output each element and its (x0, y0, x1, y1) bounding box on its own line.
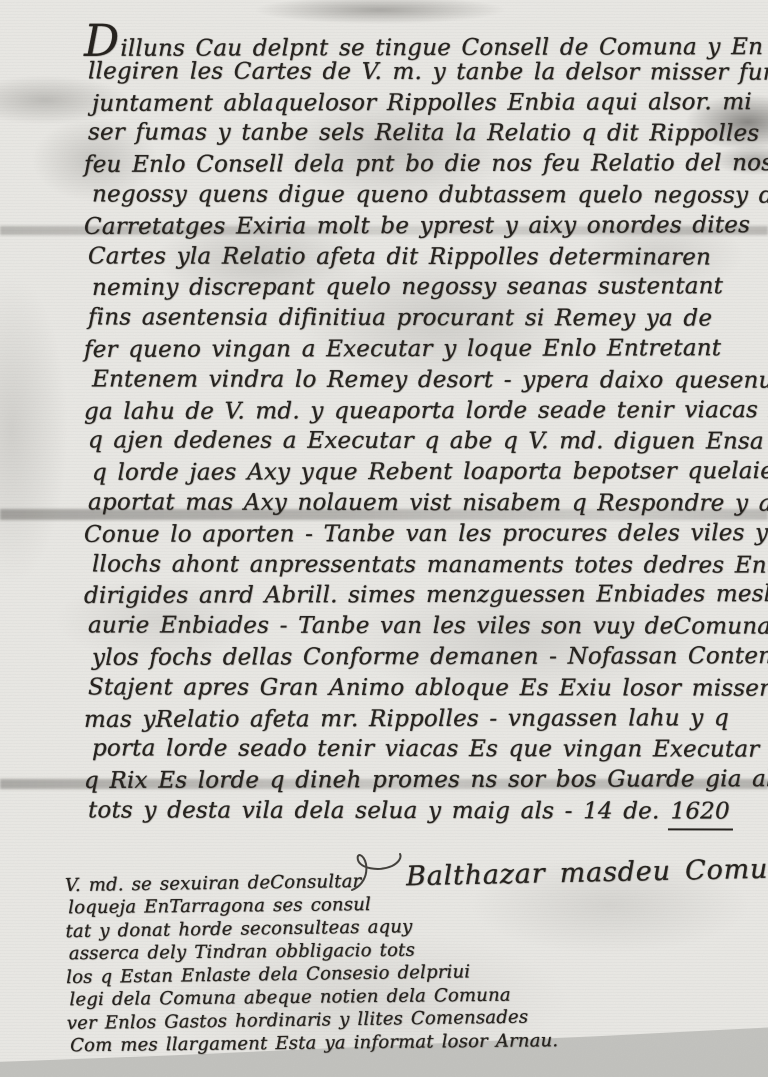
manuscript-line: ylos fochs dellas Conforme demanen - Nof… (84, 641, 756, 674)
manuscript-line: llegiren les Cartes de V. m. y tanbe la … (84, 56, 756, 88)
manuscript-line: neminy discrepant quelo negossy seanas s… (84, 271, 756, 304)
manuscript-line: negossy quens digue queno dubtassem quel… (84, 179, 756, 211)
manuscript-line: Dilluns Cau delpnt se tingue Consell de … (84, 25, 756, 58)
manuscript-line: ga lahu de V. md. y queaporta lorde sead… (84, 395, 756, 428)
postscript-line: asserca dely Tindran obbligacio tots (66, 938, 506, 966)
date-line-text: tots y desta vila dela selua y maig als … (88, 797, 660, 824)
date-year-underlined: 1620 (667, 796, 732, 830)
postscript-block: V. md. se sexuiran deConsultar loqueja E… (65, 868, 508, 1058)
manuscript-line: porta lorde seado tenir viacas Es que vi… (84, 734, 756, 766)
manuscript-line: Cartes yla Relatio afeta dit Rippolles d… (84, 241, 756, 273)
manuscript-line: q ajen dedenes a Executar q abe q V. md.… (84, 426, 756, 458)
postscript-line: Com mes llargament Esta ya informat loso… (67, 1030, 507, 1058)
manuscript-line: Stajent apres Gran Animo abloque Es Exiu… (84, 672, 756, 704)
manuscript-line: q Rix Es lorde q dineh promes ns sor bos… (84, 764, 756, 797)
manuscript-line: Entenem vindra lo Remey desort - ypera d… (84, 364, 756, 396)
manuscript-line: feu Enlo Consell dela pnt bo die nos feu… (84, 148, 756, 181)
manuscript-line: llochs ahont anpressentats manaments tot… (84, 549, 756, 581)
manuscript-line: ser fumas y tanbe sels Relita la Relatio… (84, 118, 756, 150)
manuscript-line: aurie Enbiades - Tanbe van les viles son… (84, 611, 756, 643)
manuscript-line: Conue lo aporten - Tanbe van les procure… (84, 518, 756, 551)
manuscript-line: aportat mas Axy nolauem vist nisabem q R… (84, 487, 756, 519)
manuscript-line: Carretatges Exiria molt be yprest y aixy… (84, 210, 756, 243)
postscript-line: legi dela Comuna abeque notien dela Comu… (66, 984, 506, 1012)
manuscript-line: juntament ablaquelosor Rippolles Enbia a… (84, 87, 756, 120)
manuscript-line: fins asentensia difinitiua procurant si … (84, 303, 756, 335)
manuscript-line: fer queno vingan a Executar y loque Enlo… (84, 333, 756, 366)
manuscript-line: mas yRelatio afeta mr. Rippolles - vngas… (84, 703, 756, 736)
manuscript-body: Dilluns Cau delpnt se tingue Consell de … (84, 26, 756, 827)
manuscript-line: dirigides anrd Abrill. simes menzguessen… (84, 579, 756, 612)
date-line: tots y desta vila dela selua y maig als … (84, 795, 756, 827)
postscript-line: loqueja EnTarragona ses consul (65, 892, 505, 920)
document-scan: Dilluns Cau delpnt se tingue Consell de … (0, 0, 768, 1077)
manuscript-line: q lorde jaes Axy yque Rebent loaporta be… (84, 456, 756, 489)
